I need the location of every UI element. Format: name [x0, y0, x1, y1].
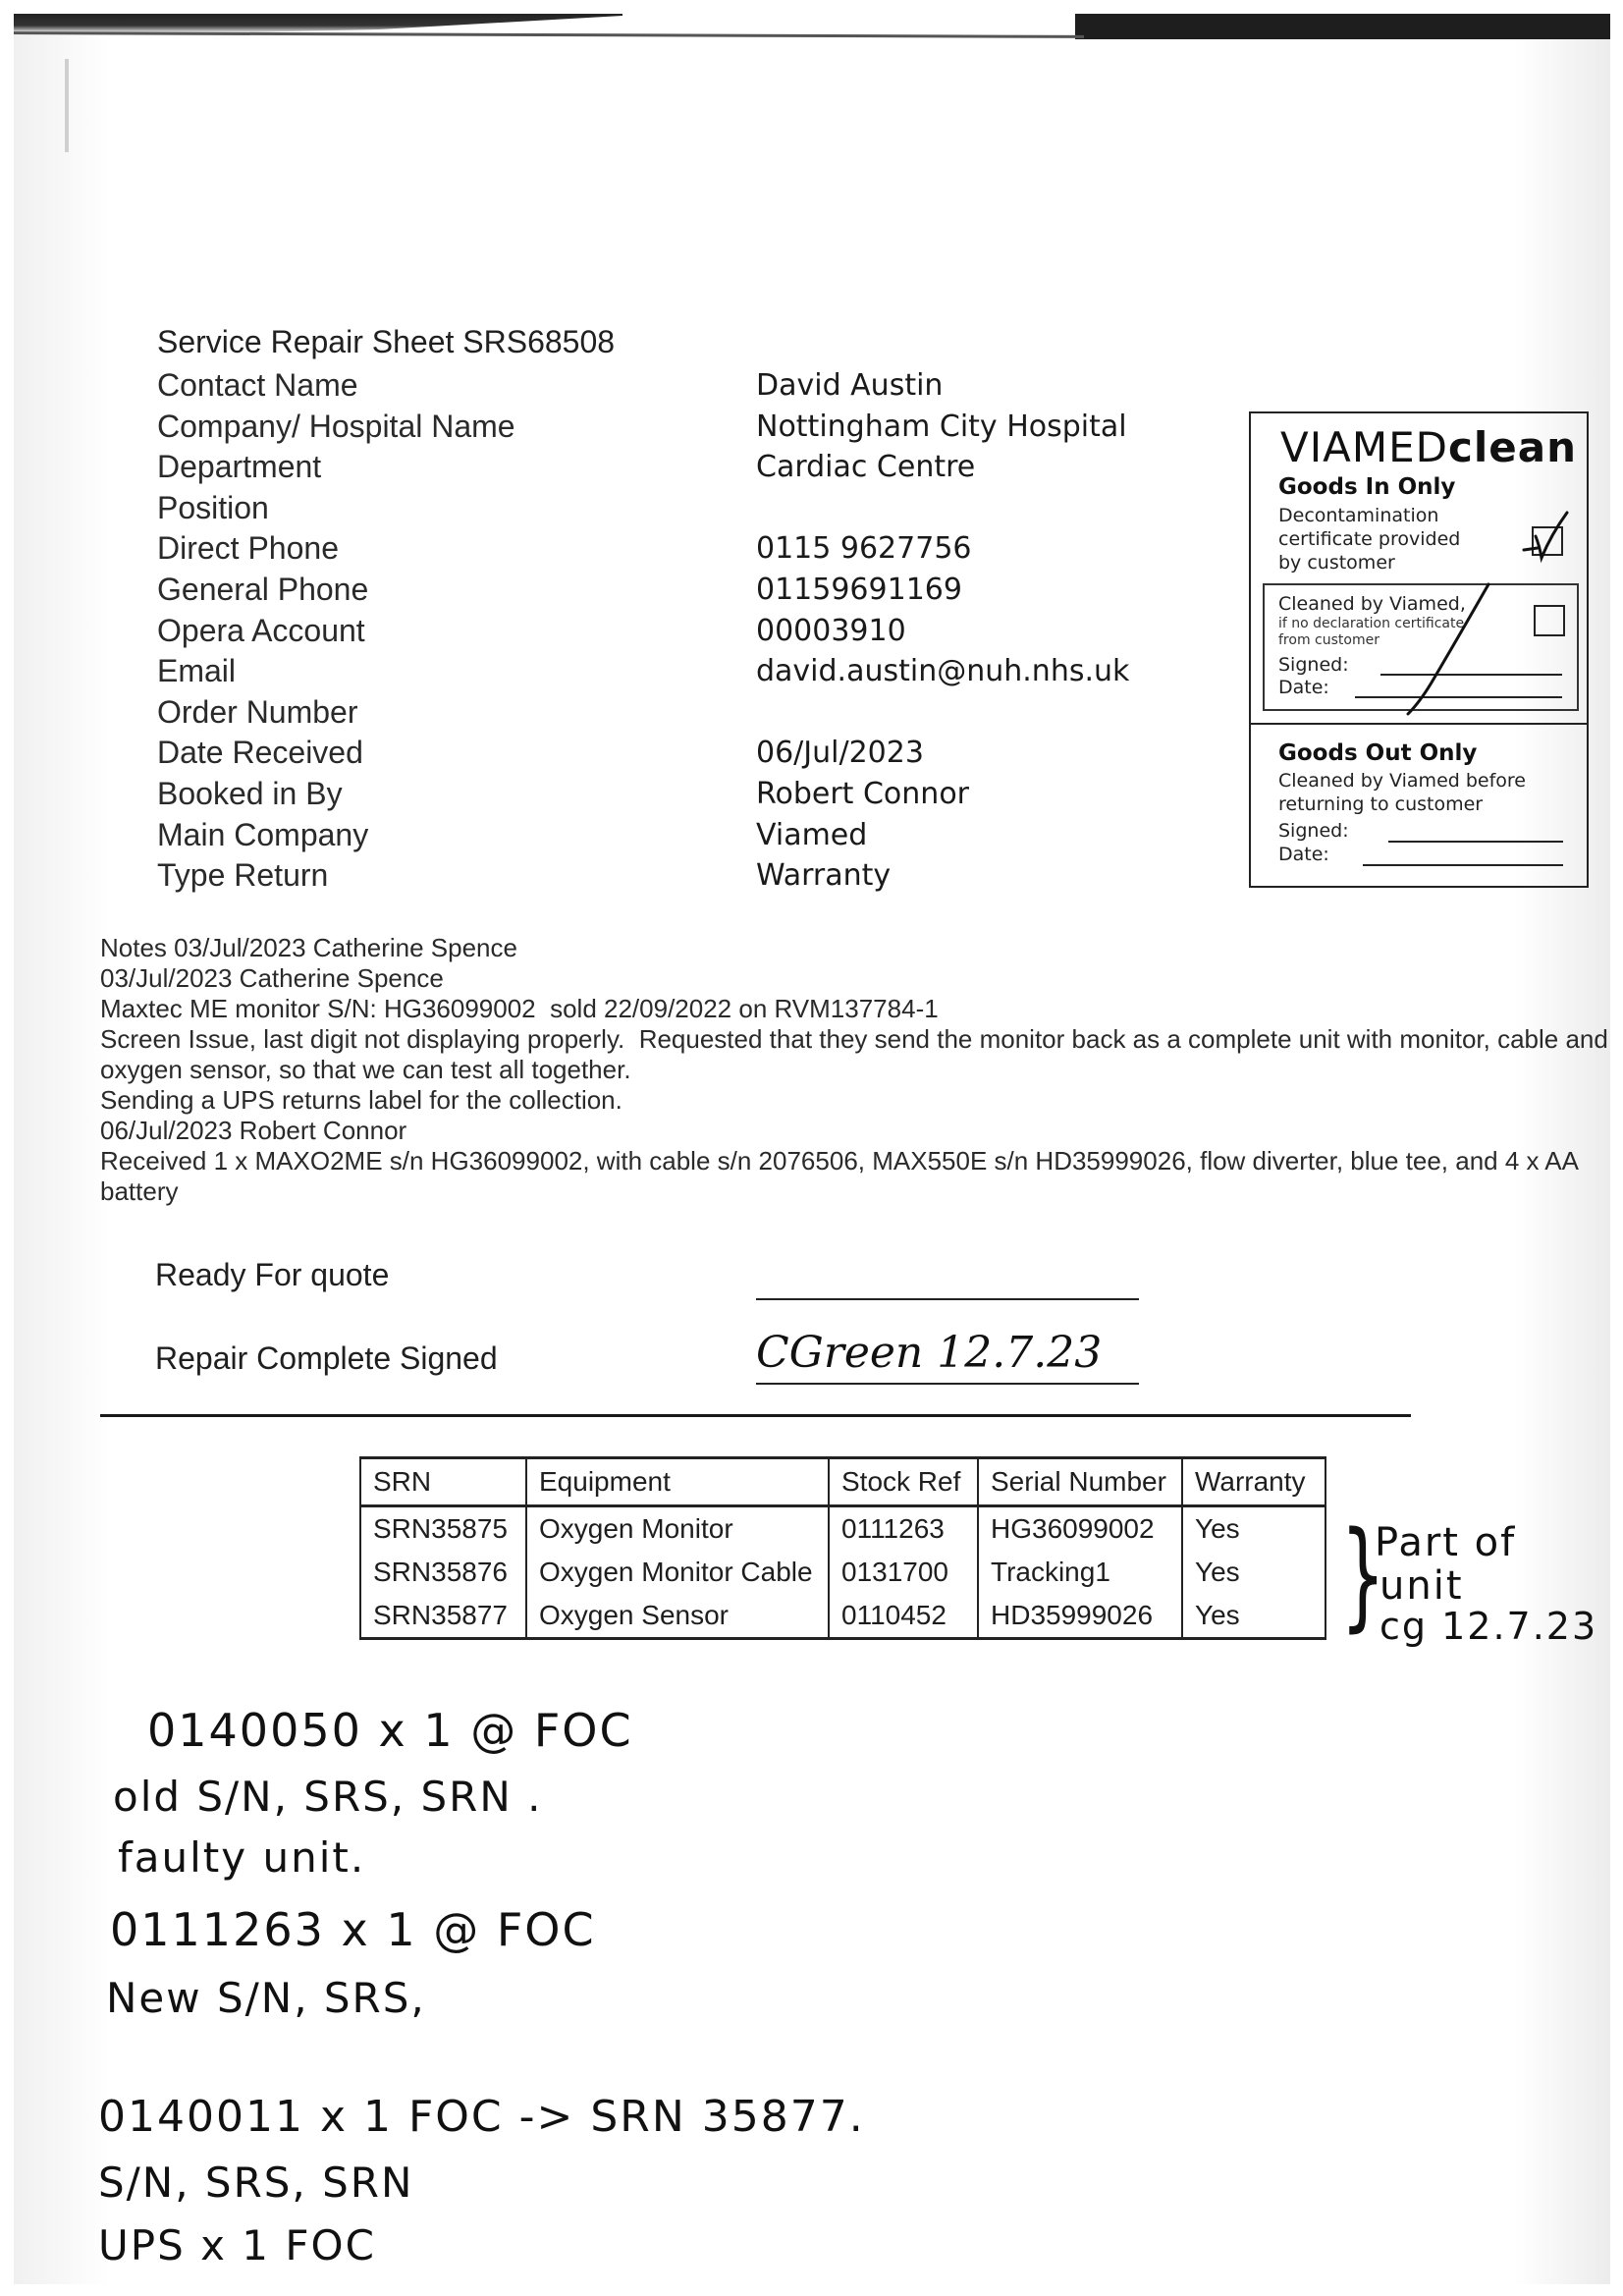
signed-label: Signed:: [1278, 654, 1349, 676]
table-row: SRN35875 Oxygen Monitor 0111263 HG360990…: [360, 1506, 1325, 1552]
table-row: SRN35877 Oxygen Sensor 0110452 HD3599902…: [360, 1594, 1325, 1639]
scan-shadow-left: [14, 14, 622, 33]
direct-phone-value: 0115 9627756: [756, 528, 1129, 570]
header-equipment: Equipment: [526, 1458, 829, 1506]
department-value: Cardiac Centre: [756, 447, 1129, 488]
stamp-divider: [1251, 723, 1587, 725]
note-line: 03/Jul/2023 Catherine Spence: [100, 963, 1623, 994]
goods-out-signed-label: Signed:: [1278, 820, 1349, 842]
equipment-table: SRN Equipment Stock Ref Serial Number Wa…: [359, 1456, 1326, 1640]
opera-account-value: 00003910: [756, 611, 1129, 652]
scan-shadow-right: [1075, 14, 1610, 39]
header-srn: SRN: [360, 1458, 526, 1506]
field-label: Opera Account: [157, 611, 515, 652]
field-label: Date Received: [157, 733, 515, 774]
header-stock-ref: Stock Ref: [829, 1458, 978, 1506]
checkmark-icon: [1516, 507, 1575, 566]
field-label: Order Number: [157, 692, 515, 734]
viamed-clean-stamp: VIAMEDclean Goods In Only Decontaminatio…: [1249, 411, 1589, 888]
goods-out-title: Goods Out Only: [1278, 740, 1477, 766]
contact-name-value: David Austin: [756, 365, 1129, 407]
note-line: 06/Jul/2023 Robert Connor: [100, 1116, 1623, 1146]
table-row: SRN35876 Oxygen Monitor Cable 0131700 Tr…: [360, 1551, 1325, 1594]
field-label: General Phone: [157, 570, 515, 611]
field-values: David Austin Nottingham City Hospital Ca…: [756, 365, 1129, 897]
note-line: Received 1 x MAXO2ME s/n HG36099002, wit…: [100, 1146, 1612, 1207]
goods-out-signed-line: [1388, 841, 1563, 843]
field-label: Booked in By: [157, 774, 515, 815]
goods-out-date-label: Date:: [1278, 844, 1329, 865]
document-title: Service Repair Sheet SRS68508: [157, 324, 615, 360]
ready-for-quote-label: Ready For quote: [155, 1257, 389, 1293]
note-line: Notes 03/Jul/2023 Catherine Spence: [100, 933, 1623, 963]
section-divider: [100, 1414, 1411, 1417]
goods-in-title: Goods In Only: [1278, 474, 1455, 500]
handwritten-line: UPS x 1 FOC: [98, 2221, 376, 2269]
date-received-value: 06/Jul/2023: [756, 733, 1129, 774]
field-label: Department: [157, 447, 515, 488]
main-company-value: Viamed: [756, 815, 1129, 856]
cleaned-by-viamed-checkbox[interactable]: [1534, 605, 1565, 636]
scan-mark: [65, 59, 69, 152]
field-labels: Contact Name Company/ Hospital Name Depa…: [157, 365, 515, 897]
general-phone-value: 01159691169: [756, 570, 1129, 611]
field-label: Contact Name: [157, 365, 515, 407]
handwritten-annotation: unit: [1380, 1563, 1464, 1609]
table-header-row: SRN Equipment Stock Ref Serial Number Wa…: [360, 1458, 1325, 1506]
header-serial-number: Serial Number: [978, 1458, 1182, 1506]
field-label: Type Return: [157, 855, 515, 897]
note-line: Screen Issue, last digit not displaying …: [100, 1024, 1612, 1085]
handwritten-annotation: cg 12.7.23: [1380, 1605, 1597, 1648]
repair-complete-line: [756, 1383, 1139, 1385]
email-value: david.austin@nuh.nhs.uk: [756, 651, 1129, 692]
notes-section: Notes 03/Jul/2023 Catherine Spence 03/Ju…: [100, 933, 1623, 1207]
field-label: Email: [157, 651, 515, 692]
repair-complete-label: Repair Complete Signed: [155, 1340, 498, 1377]
note-line: Sending a UPS returns label for the coll…: [100, 1085, 1623, 1116]
handwritten-line: S/N, SRS, SRN: [98, 2159, 413, 2207]
strikethrough-mark: [1398, 580, 1496, 718]
handwritten-line: 0140011 x 1 FOC -> SRN 35877.: [98, 2092, 865, 2142]
goods-out-date-line: [1363, 864, 1563, 866]
handwritten-line: old S/N, SRS, SRN .: [113, 1773, 542, 1821]
order-number-value: [756, 692, 1129, 734]
date-label: Date:: [1278, 677, 1329, 698]
field-label: Position: [157, 488, 515, 529]
goods-in-description: Decontamination certificate provided by …: [1278, 504, 1460, 574]
handwritten-line: faulty unit.: [118, 1833, 365, 1882]
type-return-value: Warranty: [756, 855, 1129, 897]
booked-in-by-value: Robert Connor: [756, 774, 1129, 815]
header-warranty: Warranty: [1182, 1458, 1325, 1506]
field-label: Company/ Hospital Name: [157, 407, 515, 448]
hospital-name-value: Nottingham City Hospital: [756, 407, 1129, 448]
field-label: Main Company: [157, 815, 515, 856]
field-label: Direct Phone: [157, 528, 515, 570]
handwritten-line: 0140050 x 1 @ FOC: [147, 1704, 633, 1757]
repair-complete-signature: CGreen 12.7.23: [756, 1328, 1102, 1378]
position-value: [756, 488, 1129, 529]
stamp-logo: VIAMEDclean: [1280, 423, 1577, 471]
scan-border: [0, 0, 1623, 14]
goods-out-description: Cleaned by Viamed before returning to cu…: [1278, 769, 1526, 816]
handwritten-line: 0111263 x 1 @ FOC: [110, 1903, 596, 1956]
ready-for-quote-line: [756, 1298, 1139, 1300]
handwritten-annotation: Part of: [1375, 1520, 1516, 1565]
note-line: Maxtec ME monitor S/N: HG36099002 sold 2…: [100, 994, 1623, 1024]
handwritten-line: New S/N, SRS,: [106, 1974, 426, 2022]
